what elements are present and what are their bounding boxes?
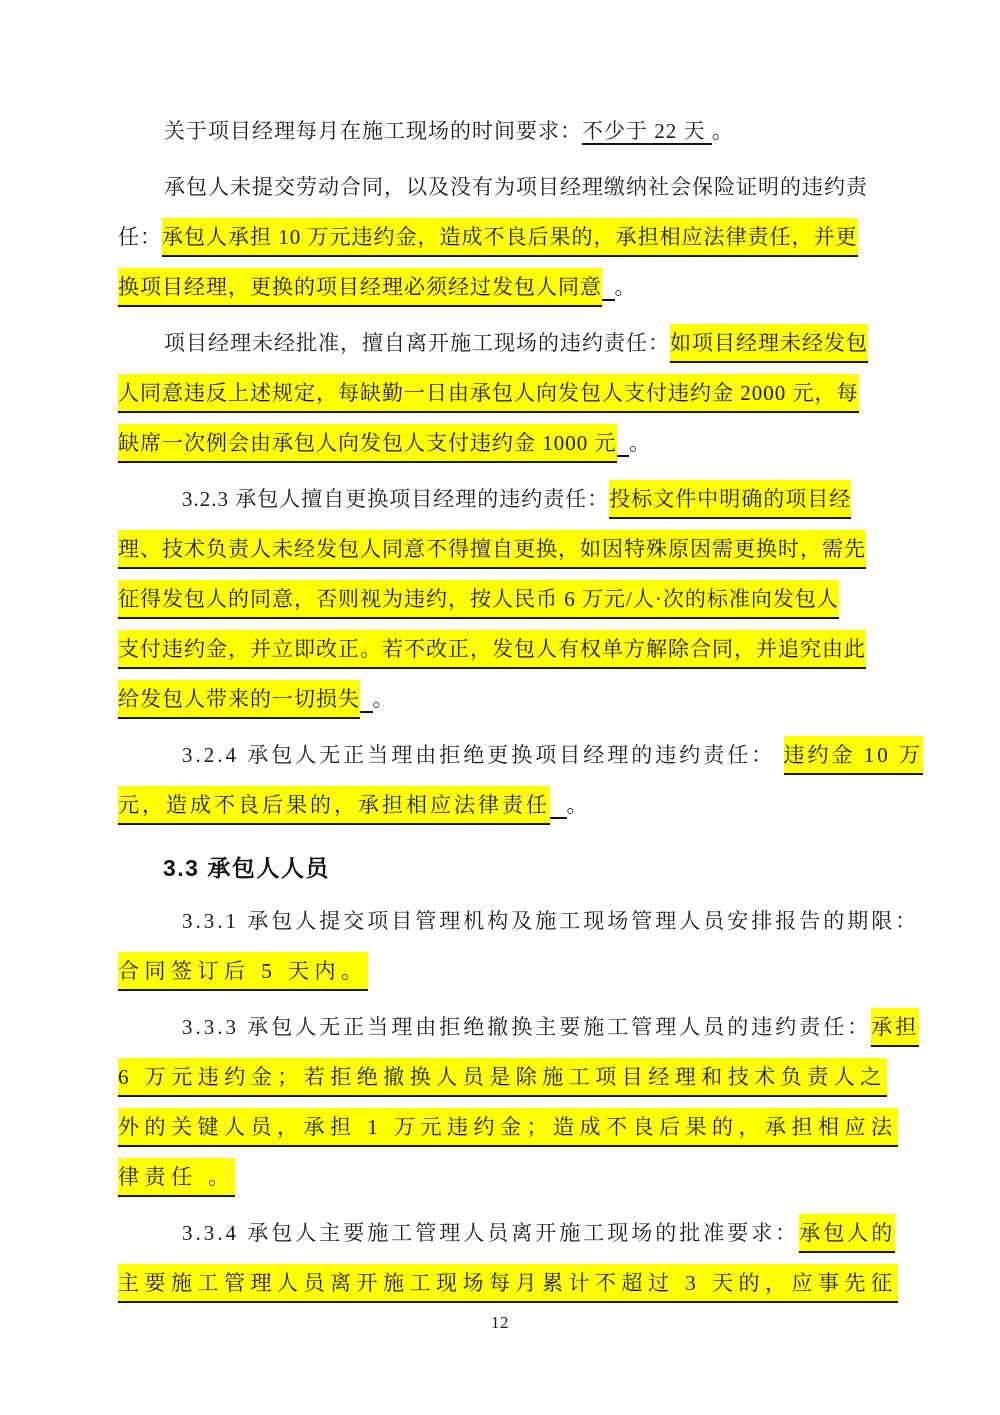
text-line: 3.2.3 承包人擅自更换项目经理的违约责任：投标文件中明确的项目经 — [118, 474, 890, 524]
text-line: 关于项目经理每月在施工现场的时间要求：不少于 22 天 。 — [118, 106, 890, 156]
text-run: 3.2.3 承包人擅自更换项目经理的违约责任： — [182, 487, 609, 511]
text-run: 。 — [567, 793, 591, 817]
underlined-text — [617, 431, 630, 457]
highlighted-text: 给发包人带来的一切损失 — [118, 680, 360, 719]
text-line: 支付违约金，并立即改正。若不改正，发包人有权单方解除合同，并追究由此 — [118, 624, 890, 674]
highlighted-text: 律责任 。 — [118, 1158, 235, 1197]
highlighted-text: 违约金 10 万 — [784, 736, 924, 775]
text-line: 给发包人带来的一切损失 。 — [118, 674, 890, 724]
document-content: 关于项目经理每月在施工现场的时间要求：不少于 22 天 。承包人未提交劳动合同，… — [118, 100, 890, 1308]
text-line: 缺席一次例会由承包人向发包人支付违约金 1000 元 。 — [118, 418, 890, 468]
text-line: 合同签订后 5 天内。 — [118, 946, 890, 996]
text-line: 主要施工管理人员离开施工现场每月累计不超过 3 天的，应事先征 — [118, 1258, 890, 1308]
text-line: 3.3.1 承包人提交项目管理机构及施工现场管理人员安排报告的期限： — [118, 896, 890, 946]
text-line: 律责任 。 — [118, 1152, 890, 1202]
text-run: 3.3 承包人人员 — [163, 855, 330, 881]
text-line: 换项目经理，更换的项目经理必须经过发包人同意 。 — [118, 262, 890, 312]
text-line: 理、技术负责人未经发包人同意不得擅自更换，如因特殊原因需更换时，需先 — [118, 524, 890, 574]
underlined-text — [602, 275, 615, 301]
text-run: 3.3.4 承包人主要施工管理人员离开施工现场的批准要求： — [182, 1221, 799, 1245]
text-line: 6 万元违约金；若拒绝撤换人员是除施工项目经理和技术负责人之 — [118, 1052, 890, 1102]
text-line: 外的关键人员，承担 1 万元违约金；造成不良后果的，承担相应法 — [118, 1102, 890, 1152]
section-heading: 3.3 承包人人员 — [118, 846, 890, 890]
highlighted-text: 如项目经理未经发包 — [670, 324, 868, 363]
document-page: 关于项目经理每月在施工现场的时间要求：不少于 22 天 。承包人未提交劳动合同，… — [0, 0, 1000, 1415]
highlighted-text: 外的关键人员，承担 1 万元违约金；造成不良后果的，承担相应法 — [118, 1108, 898, 1147]
highlighted-text: 6 万元违约金；若拒绝撤换人员是除施工项目经理和技术负责人之 — [118, 1058, 887, 1097]
highlighted-text: 人同意违反上述规定，每缺勤一日由承包人向发包人支付违约金 2000 元，每 — [118, 374, 859, 413]
text-run: 项目经理未经批准，擅自离开施工现场的违约责任： — [164, 331, 670, 355]
highlighted-text: 征得发包人的同意，否则视为违约，按人民币 6 万元/人·次的标准向发包人 — [118, 580, 839, 619]
highlighted-text: 承包人的 — [799, 1214, 895, 1253]
highlighted-text: 理、技术负责人未经发包人同意不得擅自更换，如因特殊原因需更换时，需先 — [118, 530, 866, 569]
text-run: 3.2.4 承包人无正当理由拒绝更换项目经理的违约责任： — [182, 743, 784, 767]
highlighted-text: 元，造成不良后果的，承担相应法律责任 — [118, 786, 550, 825]
text-run: 3.3.1 承包人提交项目管理机构及施工现场管理人员安排报告的期限： — [182, 909, 919, 933]
highlighted-text: 承担 — [871, 1008, 919, 1047]
text-run: 关于项目经理每月在施工现场的时间要求： — [164, 119, 582, 143]
text-run: 。 — [629, 431, 651, 455]
text-run: 。 — [615, 275, 637, 299]
text-run: 承包人未提交劳动合同，以及没有为项目经理缴纳社会保险证明的违约责 — [164, 175, 868, 199]
highlighted-text: 换项目经理，更换的项目经理必须经过发包人同意 — [118, 268, 602, 307]
highlighted-text: 合同签订后 5 天内。 — [118, 952, 368, 991]
text-line: 承包人未提交劳动合同，以及没有为项目经理缴纳社会保险证明的违约责 — [118, 162, 890, 212]
text-line: 3.2.4 承包人无正当理由拒绝更换项目经理的违约责任： 违约金 10 万 — [118, 730, 890, 780]
highlighted-text: 主要施工管理人员离开施工现场每月累计不超过 3 天的，应事先征 — [118, 1264, 898, 1303]
text-line: 任：承包人承担 10 万元违约金，造成不良后果的，承担相应法律责任，并更 — [118, 212, 890, 262]
underlined-text: 不少于 22 天 — [582, 119, 712, 145]
text-run: 。 — [712, 119, 734, 143]
underlined-text — [550, 793, 567, 819]
text-line: 元，造成不良后果的，承担相应法律责任 。 — [118, 780, 890, 830]
underlined-text — [360, 687, 373, 713]
text-line: 人同意违反上述规定，每缺勤一日由承包人向发包人支付违约金 2000 元，每 — [118, 368, 890, 418]
highlighted-text: 投标文件中明确的项目经 — [609, 480, 851, 519]
text-run: 3.3.3 承包人无正当理由拒绝撤换主要施工管理人员的违约责任： — [182, 1015, 871, 1039]
text-run: 。 — [373, 687, 395, 711]
text-line: 征得发包人的同意，否则视为违约，按人民币 6 万元/人·次的标准向发包人 — [118, 574, 890, 624]
highlighted-text: 支付违约金，并立即改正。若不改正，发包人有权单方解除合同，并追究由此 — [118, 630, 866, 669]
text-run: 任： — [118, 225, 162, 249]
highlighted-text: 缺席一次例会由承包人向发包人支付违约金 1000 元 — [118, 424, 617, 463]
page-number: 12 — [0, 1313, 1000, 1333]
highlighted-text: 承包人承担 10 万元违约金，造成不良后果的，承担相应法律责任，并更 — [162, 218, 858, 257]
text-line: 3.3.3 承包人无正当理由拒绝撤换主要施工管理人员的违约责任：承担 — [118, 1002, 890, 1052]
text-line: 项目经理未经批准，擅自离开施工现场的违约责任：如项目经理未经发包 — [118, 318, 890, 368]
text-line: 3.3.4 承包人主要施工管理人员离开施工现场的批准要求：承包人的 — [118, 1208, 890, 1258]
